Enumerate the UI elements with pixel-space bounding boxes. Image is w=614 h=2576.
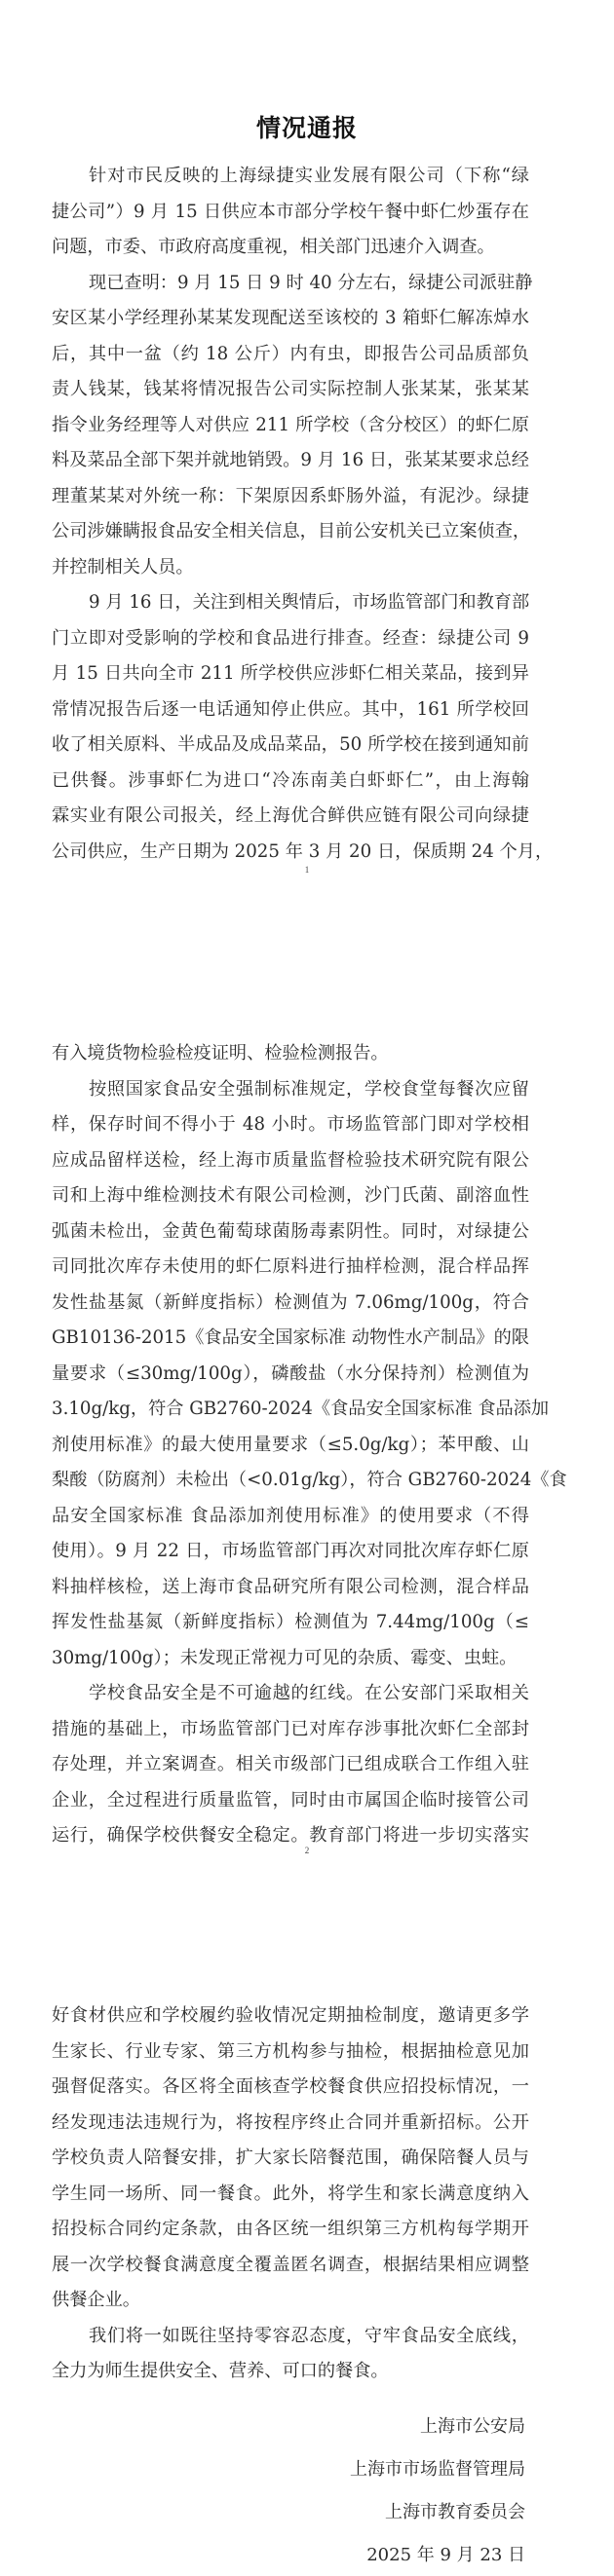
document-title: 情况通报 (0, 109, 614, 144)
text-line: 月 15 日共向全市 211 所学校供应涉虾仁相关菜品，接到异 (52, 656, 529, 692)
text-line: 学校食品安全是不可逾越的红线。在公安部门采取相关 (52, 1676, 529, 1712)
text-line: 已供餐。涉事虾仁为进口“冷冻南美白虾虾仁”，由上海翰 (52, 764, 529, 800)
text-line: 门立即对受影响的学校和食品进行排查。经查：绿捷公司 9 (52, 621, 529, 657)
page-1-body: 针对市民反映的上海绿捷实业发展有限公司（下称“绿捷公司”）9 月 15 日供应本… (52, 159, 529, 870)
text-line: 公司涉嫌瞒报食品安全相关信息，目前公安机关已立案侦查， (52, 514, 529, 550)
text-line: 问题，市委、市政府高度重视，相关部门迅速介入调查。 (52, 230, 529, 266)
text-line: 30mg/100g）；未发现正常视力可见的杂质、霉变、虫蛀。 (52, 1641, 529, 1677)
text-line: 责人钱某，钱某将情况报告公司实际控制人张某某，张某某 (52, 372, 529, 408)
page-number-1: 1 (0, 865, 614, 875)
signature-block: 上海市公安局 上海市市场监督管理局 上海市教育委员会 2025 年 9 月 23… (350, 2406, 525, 2576)
page-2-body: 有入境货物检验检疫证明、检验检测报告。按照国家食品安全强制标准规定，学校食堂每餐… (52, 1036, 529, 1854)
page-number-2: 2 (0, 1846, 614, 1855)
text-line: 品安全国家标准 食品添加剂使用标准》的使用要求（不得 (52, 1499, 529, 1535)
text-line: 针对市民反映的上海绿捷实业发展有限公司（下称“绿 (52, 159, 529, 195)
text-line: 剂使用标准》的最大使用量要求（≤5.0g/kg）；苯甲酸、山 (52, 1428, 529, 1464)
text-line: 3.10g/kg，符合 GB2760-2024《食品安全国家标准 食品添加 (52, 1392, 529, 1428)
text-line: 司和上海中维检测技术有限公司检测，沙门氏菌、副溶血性 (52, 1178, 529, 1214)
signature-education-commission: 上海市教育委员会 (350, 2491, 525, 2534)
text-line: 现已查明：9 月 15 日 9 时 40 分左右，绿捷公司派驻静 (52, 266, 529, 302)
signature-market-supervision: 上海市市场监督管理局 (350, 2448, 525, 2491)
text-line: 弧菌未检出，金黄色葡萄球菌肠毒素阴性。同时，对绿捷公 (52, 1214, 529, 1251)
text-line: 料及菜品全部下架并就地销毁。9 月 16 日，张某某要求总经 (52, 443, 529, 479)
text-line: 样，保存时间不得小于 48 小时。市场监管部门即对学校相 (52, 1107, 529, 1143)
page-3-body: 好食材供应和学校履约验收情况定期抽检制度，邀请更多学生家长、行业专家、第三方机构… (52, 1998, 529, 2390)
text-line: 有入境货物检验检疫证明、检验检测报告。 (52, 1036, 529, 1072)
text-line: 学生同一场所、同一餐食。此外，将学生和家长满意度纳入 (52, 2177, 529, 2213)
text-line: 经发现违法违规行为，将按程序终止合同并重新招标。公开 (52, 2106, 529, 2142)
text-line: 学校负责人陪餐安排，扩大家长陪餐范围，确保陪餐人员与 (52, 2141, 529, 2177)
text-line: 司同批次库存未使用的虾仁原料进行抽样检测，混合样品挥 (52, 1250, 529, 1286)
text-line: 9 月 16 日，关注到相关舆情后，市场监管部门和教育部 (52, 585, 529, 621)
text-line: 料抽样核检，送上海市食品研究所有限公司检测，混合样品 (52, 1570, 529, 1606)
text-line: 展一次学校餐食满意度全覆盖匿名调查，根据结果相应调整 (52, 2248, 529, 2284)
text-line: 生家长、行业专家、第三方机构参与抽检，根据抽检意见加 (52, 2035, 529, 2071)
text-line: 量要求（≤30mg/100g），磷酸盐（水分保持剂）检测值为 (52, 1357, 529, 1393)
text-line: 企业，全过程进行质量监管，同时由市属国企临时接管公司 (52, 1783, 529, 1819)
text-line: 安区某小学经理孙某某发现配送至该校的 3 箱虾仁解冻焯水 (52, 301, 529, 337)
text-line: 发性盐基氮（新鲜度指标）检测值为 7.06mg/100g，符合 (52, 1286, 529, 1322)
text-line: 收了相关原料、半成品及成品菜品，50 所学校在接到通知前 (52, 728, 529, 764)
text-line: 使用）。9 月 22 日，市场监管部门再次对同批次库存虾仁原 (52, 1534, 529, 1570)
text-line: 供餐企业。 (52, 2283, 529, 2319)
text-line: 梨酸（防腐剂）未检出（<0.01g/kg），符合 GB2760-2024《食 (52, 1463, 529, 1499)
text-line: 强督促落实。各区将全面核查学校餐食供应招投标情况，一 (52, 2070, 529, 2106)
text-line: 指令业务经理等人对供应 211 所学校（含分校区）的虾仁原 (52, 408, 529, 444)
text-line: 好食材供应和学校履约验收情况定期抽检制度，邀请更多学 (52, 1998, 529, 2035)
signature-public-security: 上海市公安局 (350, 2406, 525, 2448)
text-line: 霖实业有限公司报关，经上海优合鲜供应链有限公司向绿捷 (52, 799, 529, 835)
text-line: 后，其中一盆（约 18 公斤）内有虫，即报告公司品质部负 (52, 337, 529, 373)
text-line: 并控制相关人员。 (52, 550, 529, 586)
text-line: 招投标合同约定条款，由各区统一组织第三方机构每学期开 (52, 2212, 529, 2248)
text-line: 存处理，并立案调查。相关市级部门已组成联合工作组入驻 (52, 1747, 529, 1783)
text-line: 我们将一如既往坚持零容忍态度，守牢食品安全底线， (52, 2319, 529, 2355)
text-line: 全力为师生提供安全、营养、可口的餐食。 (52, 2354, 529, 2390)
text-line: GB10136-2015《食品安全国家标准 动物性水产制品》的限 (52, 1321, 529, 1357)
text-line: 按照国家食品安全强制标准规定，学校食堂每餐次应留 (52, 1072, 529, 1108)
text-line: 应成品留样送检，经上海市质量监督检验技术研究院有限公 (52, 1143, 529, 1179)
signature-date: 2025 年 9 月 23 日 (350, 2534, 525, 2576)
text-line: 理董某某对外统一称：下架原因系虾肠外溢，有泥沙。绿捷 (52, 479, 529, 515)
text-line: 挥发性盐基氮（新鲜度指标）检测值为 7.44mg/100g（≤ (52, 1605, 529, 1641)
text-line: 措施的基础上，市场监管部门已对库存涉事批次虾仁全部封 (52, 1712, 529, 1748)
text-line: 常情况报告后逐一电话通知停止供应。其中，161 所学校回 (52, 692, 529, 728)
text-line: 捷公司”）9 月 15 日供应本市部分学校午餐中虾仁炒蛋存在 (52, 195, 529, 231)
